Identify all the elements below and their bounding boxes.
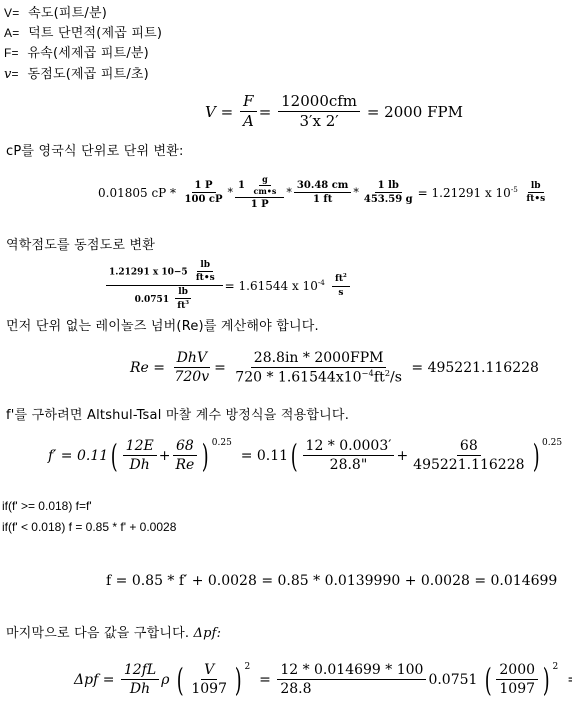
- fraction-cfm-over-area: 12000cfm3′x 2′: [278, 93, 360, 131]
- fraction-f-over-a: FA: [240, 93, 257, 131]
- heading-dynamic-to-kinematic: 역학점도를 동점도로 변환: [6, 234, 155, 253]
- heading-cp-conversion: cP를 영국식 단위로 단위 변환:: [6, 140, 184, 159]
- equation-kinematic-viscosity: 1.21291 x 10−5 lbft•s 0.0751 lbft3 = 1.6…: [104, 260, 352, 311]
- equation-cp-conversion: 0.01805 cP * 1 P100 cP * 1 gcm•s 1 P * 3…: [98, 175, 550, 211]
- heading-pressure-loss: 마지막으로 다음 값을 구합니다. Δpf:: [6, 622, 221, 641]
- equation-pressure-loss: Δpf = 12fLDh ρ ( V1097 )2 = 12 * 0.01469…: [74, 662, 572, 697]
- definition-a: A= 덕트 단면적(제곱 피트): [4, 22, 162, 41]
- equation-friction-prime: f′ = 0.11 ( 12EDh + 68Re )0.25 = 0.11 ( …: [48, 438, 572, 473]
- equation-reynolds: Re = DhV720v = 28.8in * 2000FPM 720 * 1.…: [130, 350, 539, 386]
- condition-f-ge: if(f' >= 0.018) f=f': [2, 499, 92, 513]
- heading-reynolds: 먼저 단위 없는 레이놀즈 넘버(Re)를 계산해야 합니다.: [6, 315, 319, 334]
- heading-altshul-tsal: f'를 구하려면 Altshul-Tsal 마찰 계수 방정식을 적용합니다.: [6, 404, 349, 423]
- condition-f-lt: if(f' < 0.018) f = 0.85 * f' + 0.0028: [2, 520, 176, 534]
- definition-nu: v= 동점도(제곱 피트/초): [4, 63, 149, 82]
- equation-velocity: V = FA = 12000cfm3′x 2′ = 2000 FPM: [205, 93, 463, 131]
- definition-v: V= 속도(피트/분): [4, 2, 107, 21]
- definition-f: F= 유속(세제곱 피트/분): [4, 42, 149, 61]
- equation-friction-factor: f = 0.85 * f′ + 0.0028 = 0.85 * 0.013999…: [106, 573, 557, 589]
